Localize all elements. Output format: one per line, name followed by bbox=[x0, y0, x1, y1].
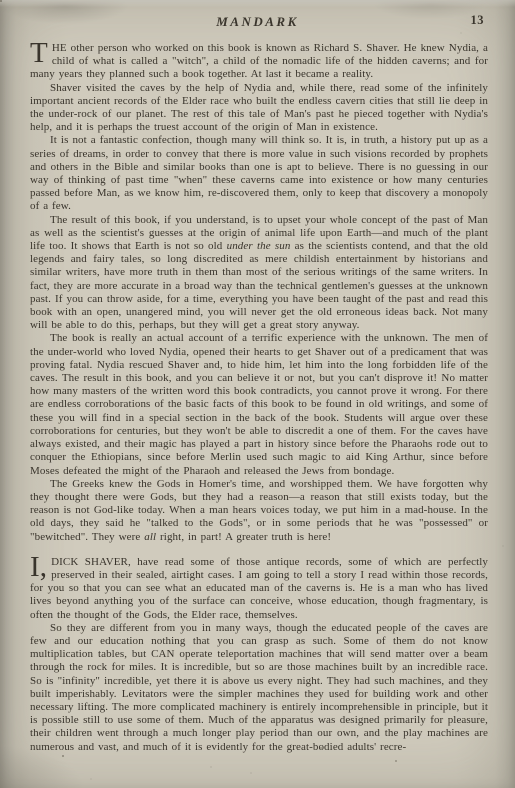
paragraph: The result of this book, if you understa… bbox=[30, 214, 488, 333]
paragraph: Shaver visited the caves by the help of … bbox=[30, 82, 488, 135]
page-header: MANDARK 13 bbox=[0, 0, 515, 35]
paragraph: The book is really an actual account of … bbox=[30, 332, 488, 477]
paragraph: So they are different from you in many w… bbox=[30, 622, 488, 754]
page-body: THE other person who worked on this book… bbox=[0, 35, 515, 754]
paragraph: THE other person who worked on this book… bbox=[30, 42, 488, 82]
scanned-book-page: MANDARK 13 THE other person who worked o… bbox=[0, 0, 515, 788]
drop-cap: T bbox=[30, 42, 52, 65]
running-title: MANDARK bbox=[216, 14, 299, 29]
drop-cap: I, bbox=[30, 556, 51, 579]
page-number: 13 bbox=[471, 13, 485, 28]
paragraph: The Greeks knew the Gods in Homer's time… bbox=[30, 478, 488, 544]
paragraph: I,DICK SHAVER, have read some of those a… bbox=[30, 556, 488, 622]
paragraph: It is not a fantastic confection, though… bbox=[30, 134, 488, 213]
